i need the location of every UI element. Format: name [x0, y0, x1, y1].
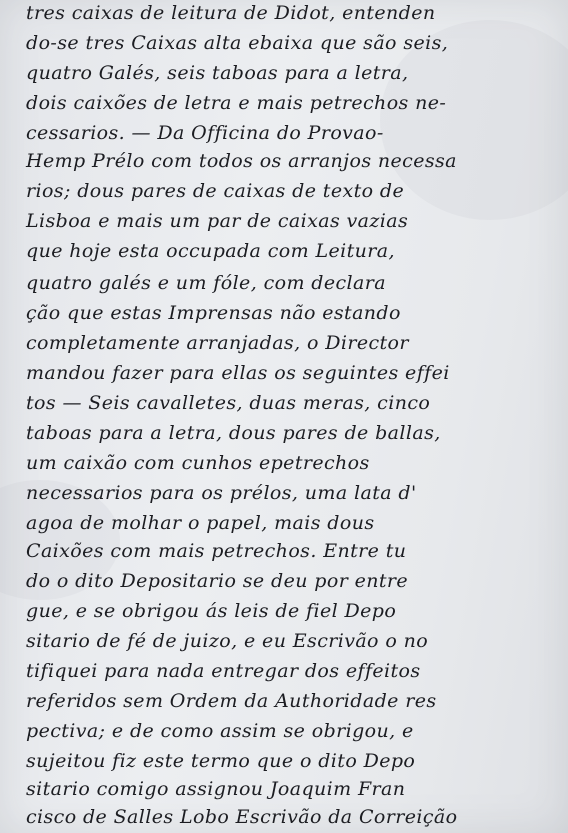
text-line: rios; dous pares de caixas de texto de — [26, 180, 404, 202]
text-line: ção que estas Imprensas não estando — [26, 302, 401, 324]
text-line: dois caixões de letra e mais petrechos n… — [26, 92, 446, 114]
text-line: quatro Galés, seis taboas para a letra, — [26, 62, 408, 84]
text-line: gue, e se obrigou ás leis de fiel Depo — [26, 600, 396, 622]
text-line: necessarios para os prélos, uma lata d' — [26, 482, 417, 504]
text-line: cisco de Salles Lobo Escrivão da Correiç… — [26, 806, 457, 828]
text-line: do-se tres Caixas alta ebaixa que são se… — [26, 32, 448, 54]
text-line: referidos sem Ordem da Authoridade res — [26, 690, 437, 712]
text-line: tifiquei para nada entregar dos effeitos — [26, 660, 421, 682]
text-line: taboas para a letra, dous pares de balla… — [26, 422, 441, 444]
text-line: que hoje esta occupada com Leitura, — [26, 240, 395, 262]
text-line: pectiva; e de como assim se obrigou, e — [26, 720, 414, 742]
text-line: tos — Seis cavalletes, duas meras, cinco — [26, 392, 430, 414]
text-line: agoa de molhar o papel, mais dous — [26, 512, 375, 534]
text-line: quatro galés e um fóle, com declara — [26, 272, 386, 294]
text-line: sitario comigo assignou Joaquim Fran — [26, 778, 405, 800]
manuscript-page: tres caixas de leitura de Didot, entende… — [0, 0, 568, 833]
text-line: cessarios. — Da Officina do Provao- — [26, 122, 384, 144]
text-line: sujeitou fiz este termo que o dito Depo — [26, 750, 415, 772]
text-line: mandou fazer para ellas os seguintes eff… — [26, 362, 450, 384]
text-line: tres caixas de leitura de Didot, entende… — [26, 2, 436, 24]
text-line: sitario de fé de juizo, e eu Escrivão o … — [26, 630, 428, 652]
text-line: um caixão com cunhos epetrechos — [26, 452, 370, 474]
text-line: Caixões com mais petrechos. Entre tu — [26, 540, 406, 562]
text-line: Lisboa e mais um par de caixas vazias — [26, 210, 408, 232]
text-line: do o dito Depositario se deu por entre — [26, 570, 408, 592]
text-line: Hemp Prélo com todos os arranjos necessa — [26, 150, 457, 172]
text-line: completamente arranjadas, o Director — [26, 332, 409, 354]
